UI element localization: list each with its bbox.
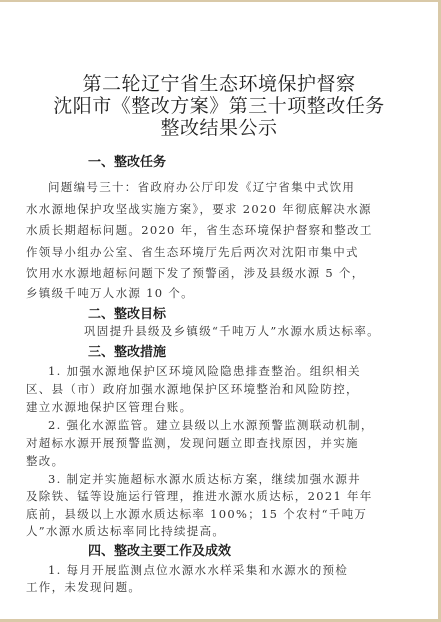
paragraph-line: 3. 制定并实施超标水源水质达标方案，继续加强水源井: [48, 472, 361, 486]
section-heading-1: 一、整改任务: [88, 155, 166, 171]
paragraph-line: 及除铁、锰等设施运行管理，推进水源水质达标，2021 年年: [26, 489, 373, 503]
section-heading-3: 三、整改措施: [88, 345, 166, 361]
paragraph-line: 区、县（市）政府加强水源地保护区环境整治和风险防控，: [26, 382, 359, 396]
paragraph-line: 水质长期超标问题。2020 年，省生态环境保护督察和整改工: [26, 223, 373, 237]
section-heading-4: 四、整改主要工作及成效: [88, 544, 231, 560]
title-line-3: 整改结果公示: [0, 117, 438, 139]
paragraph-line: 1. 每月开展监测点位水源水水样采集和水源水的预检: [48, 563, 348, 577]
paragraph-line: 乡镇级千吨万人水源 10 个。: [26, 286, 194, 300]
paragraph-line: 水水源地保护攻坚战实施方案》，要求 2020 年彻底解决水源: [26, 202, 372, 216]
paragraph-line: 整改。: [26, 454, 64, 468]
title-line-2: 沈阳市《整改方案》第三十项整改任务: [0, 95, 438, 117]
paragraph-line: 饮用水水源地超标问题下发了预警函，涉及县级水源 5 个，: [26, 266, 365, 280]
document-page: 第二轮辽宁省生态环境保护督察 沈阳市《整改方案》第三十项整改任务 整改结果公示 …: [0, 2, 438, 619]
paragraph-line: 人”水源水质达标率同比持续提高。: [26, 524, 225, 538]
paragraph-line: 底前，县级以上水源水质达标率 100%；15 个农村“千吨万: [26, 507, 367, 521]
paragraph-line: 作领导小组办公室、省生态环境厅先后两次对沈阳市集中式: [26, 245, 359, 259]
section-heading-2: 二、整改目标: [88, 307, 166, 323]
paragraph-line: 1. 加强水源地保护区环境风险隐患排查整治。组织相关: [48, 364, 361, 378]
title-line-1: 第二轮辽宁省生态环境保护督察: [0, 73, 438, 95]
paragraph-line: 2. 强化水源监管。建立县级以上水源预警监测联动机制，: [48, 418, 374, 432]
paragraph-line: 建立水源地保护区管理台账。: [26, 400, 192, 414]
paragraph-line: 问题编号三十：省政府办公厅印发《辽宁省集中式饮用: [48, 180, 355, 194]
paragraph-line: 巩固提升县级及乡镇级“千吨万人”水源水质达标率。: [84, 324, 380, 338]
paragraph-line: 对超标水源开展预警监测，发现问题立即查找原因，并实施: [26, 436, 359, 450]
paragraph-line: 工作，未发现问题。: [26, 580, 141, 594]
